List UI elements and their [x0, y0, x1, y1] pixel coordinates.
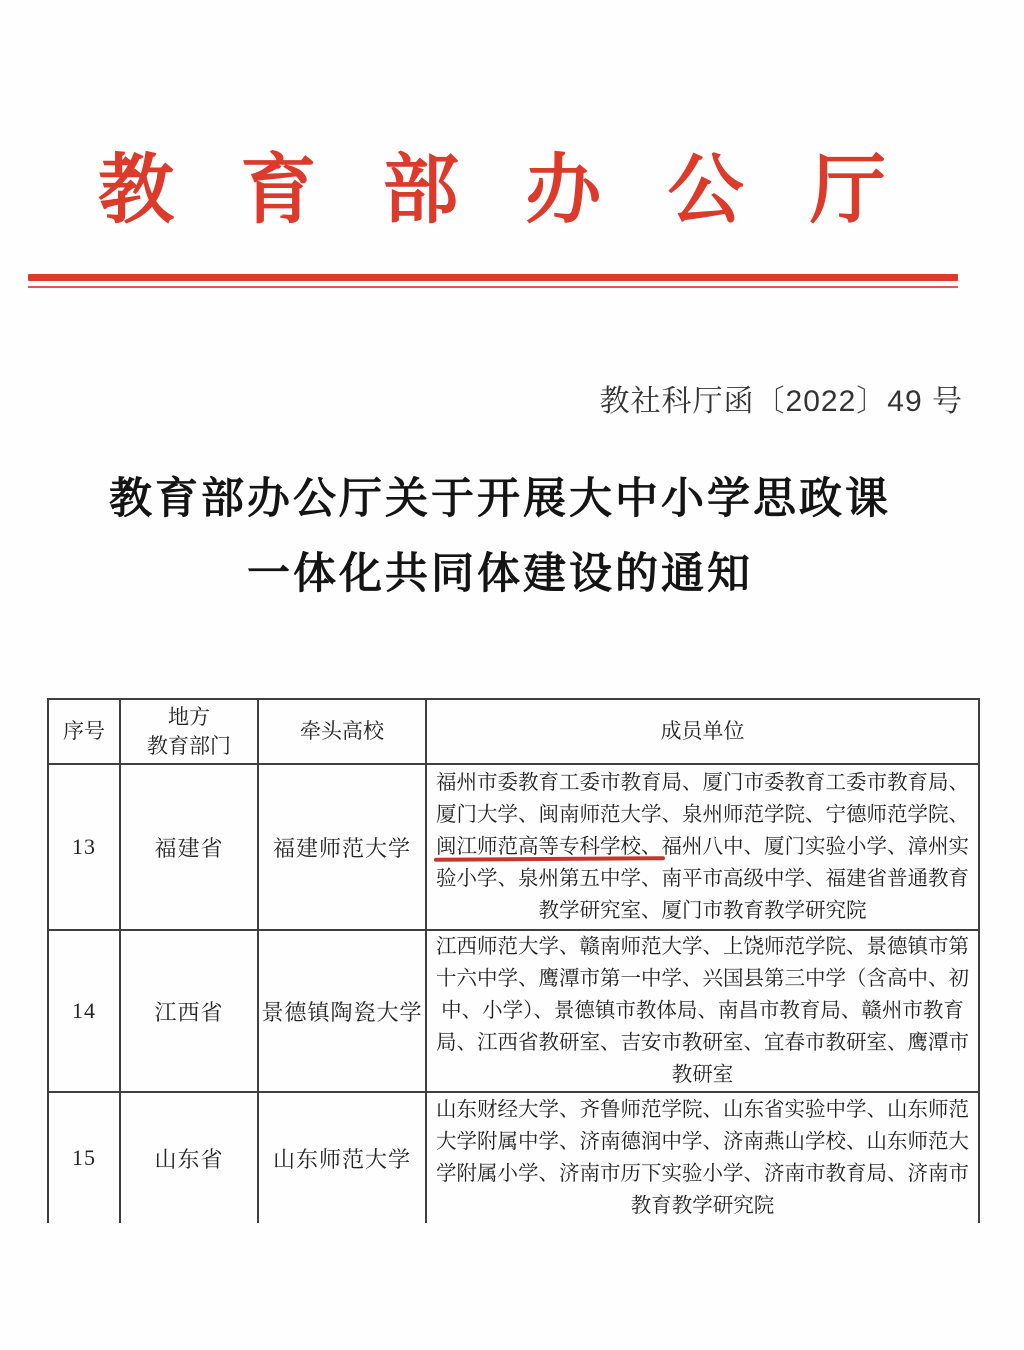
row-index-cell: 14: [48, 930, 120, 1092]
row-index-cell: 13: [48, 764, 120, 930]
member-units-cell: 福州市委教育工委市教育局、厦门市委教育工委市教育局、厦门大学、闽南师范大学、泉州…: [426, 764, 979, 930]
header-member-units: 成员单位: [426, 699, 979, 764]
row-index-cell: 15: [48, 1092, 120, 1223]
member-units-text-before: 福州市委教育工委市教育局、厦门市委教育工委市教育局、厦门大学、闽南师范大学、泉州…: [436, 772, 969, 826]
lead-university-cell: 景德镇陶瓷大学: [258, 930, 426, 1092]
member-units-cell: 江西师范大学、赣南师范大学、上饶师范学院、景德镇市第十六中学、鹰潭市第一中学、兴…: [426, 930, 979, 1092]
local-dept-cell: 福建省: [120, 764, 258, 930]
underlined-school-name: 闽江师范高等专科学校、: [436, 836, 662, 858]
header-local-dept-line2: 教育部门: [121, 732, 257, 761]
doc-number: 教社科厅函〔2022〕49 号: [600, 376, 963, 420]
letterhead-divider: [28, 274, 958, 288]
local-dept-cell: 江西省: [120, 930, 258, 1092]
header-lead-university: 牵头高校: [258, 699, 426, 764]
letterhead-agency-title: 教育部办公厅: [98, 148, 886, 234]
divider-thin-line: [28, 286, 958, 288]
table-row: 14 江西省 景德镇陶瓷大学 江西师范大学、赣南师范大学、上饶师范学院、景德镇市…: [48, 930, 979, 1092]
header-local-dept-line1: 地方: [121, 703, 257, 732]
document-title: 教育部办公厅关于开展大中小学思政课 一体化共同体建设的通知: [0, 462, 1000, 612]
community-building-table: 序号 地方 教育部门 牵头高校 成员单位 13 福建省 福建师范大学 福州市委教…: [47, 698, 980, 1223]
table-row: 13 福建省 福建师范大学 福州市委教育工委市教育局、厦门市委教育工委市教育局、…: [48, 764, 979, 930]
document-page: 教育部办公厅 教社科厅函〔2022〕49 号 教育部办公厅关于开展大中小学思政课…: [0, 0, 1024, 1350]
table-row: 15 山东省 山东师范大学 山东财经大学、齐鲁师范学院、山东省实验中学、山东师范…: [48, 1092, 979, 1223]
lead-university-cell: 山东师范大学: [258, 1092, 426, 1223]
header-index: 序号: [48, 699, 120, 764]
document-title-line1: 教育部办公厅关于开展大中小学思政课: [0, 462, 1000, 537]
member-units-cell: 山东财经大学、齐鲁师范学院、山东省实验中学、山东师范大学附属中学、济南德润中学、…: [426, 1092, 979, 1223]
table-header-row: 序号 地方 教育部门 牵头高校 成员单位: [48, 699, 979, 764]
divider-thick-line: [28, 274, 958, 281]
local-dept-cell: 山东省: [120, 1092, 258, 1223]
lead-university-cell: 福建师范大学: [258, 764, 426, 930]
document-title-line2: 一体化共同体建设的通知: [0, 537, 1000, 612]
header-local-dept: 地方 教育部门: [120, 699, 258, 764]
